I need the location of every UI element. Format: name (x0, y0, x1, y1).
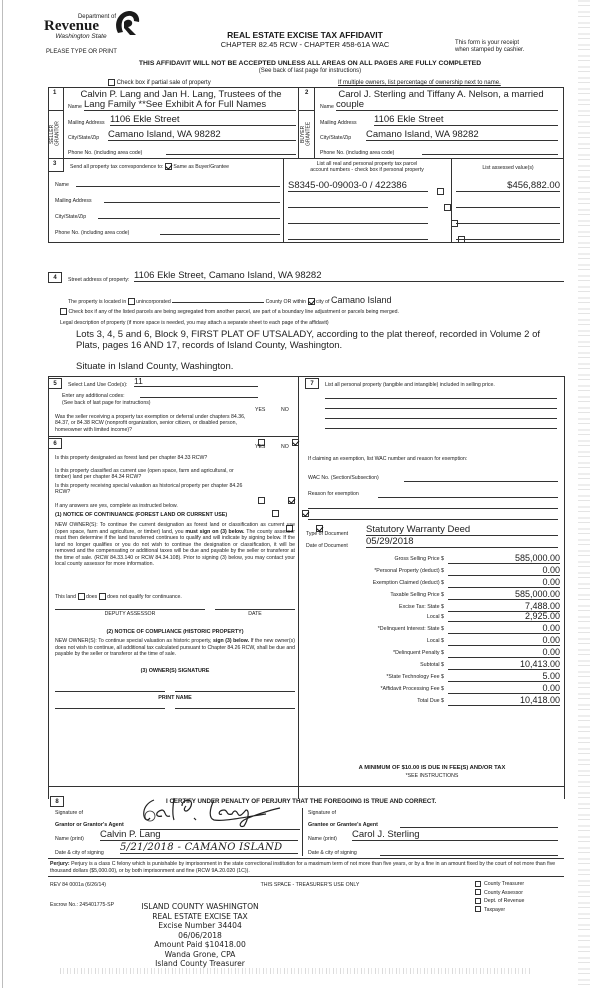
parcel-number-field[interactable] (288, 196, 428, 208)
escrow-number: 245401775-SP (79, 902, 114, 908)
parcel-number-field[interactable] (288, 212, 428, 224)
correspondence-mailing-label: Mailing Address (55, 198, 92, 204)
correspondence-phone-label: Phone No. (including area code) (55, 230, 129, 236)
land-use-code-field[interactable]: 11 (134, 376, 258, 387)
assessor-date-line[interactable] (215, 609, 295, 610)
parcel-header: List all real and personal property tax … (285, 161, 449, 173)
reason-field-3[interactable] (308, 519, 558, 520)
divider (48, 858, 564, 859)
section-6-no-checkbox[interactable] (288, 497, 295, 504)
grantor-date-field[interactable]: 5/21/2018 - CAMANO ISLAND (120, 842, 298, 854)
additional-codes-hint: (See back of last page for instructions) (62, 400, 151, 406)
copy-distribution-list: County TreasurerCounty AssessorDept. of … (475, 880, 524, 914)
tax-row-value[interactable]: 0.00 (448, 565, 560, 576)
copy-checkbox[interactable] (475, 906, 481, 912)
tax-row-label: *Delinquent Penalty $ (393, 650, 444, 656)
copy-item: County Assessor (475, 889, 524, 898)
assessed-value-field[interactable] (456, 228, 560, 240)
unincorporated-checkbox[interactable] (128, 298, 135, 305)
dor-logo: Department of Revenue Washington State (46, 14, 116, 40)
section-7-number: 7 (305, 378, 319, 389)
escrow-row: Escrow No.: 245401775-SP (50, 902, 114, 908)
divider (48, 786, 564, 787)
divider (48, 110, 64, 111)
seller-city-label: City/State/Zip (68, 135, 99, 141)
document-type-field[interactable]: Statutory Warranty Deed (366, 524, 558, 536)
legal-description-field[interactable]: Lots 3, 4, 5 and 6, Block 9, FIRST PLAT … (76, 329, 566, 372)
copy-checkbox[interactable] (475, 889, 481, 895)
tax-row: Taxable Selling Price $585,000.00 (300, 589, 562, 600)
assessed-value-field[interactable]: $456,882.00 (456, 180, 560, 192)
does-qualify-checkbox[interactable] (78, 593, 85, 600)
stamp-line: Excise Number 34404 (120, 921, 280, 931)
grantee-date-label: Date & city of signing (308, 850, 357, 856)
tax-row-value[interactable]: 5.00 (448, 671, 560, 682)
parcel-number-field[interactable]: S8345-00-09003-0 / 422386 (288, 180, 428, 192)
notice-compliance-text: NEW OWNER(S): To continue special valuat… (55, 638, 295, 658)
form-revision: REV 84 0001a (6/26/14) (50, 882, 106, 888)
divider (298, 376, 564, 377)
grantor-name-label: Name (print) (55, 836, 84, 842)
copy-item: Dept. of Revenue (475, 897, 524, 906)
tax-row-label: Exemption Claimed (deduct) $ (373, 580, 444, 586)
tax-row-label: Excise Tax: State $ (399, 604, 444, 610)
divider (48, 158, 564, 159)
personal-property-checkbox[interactable] (437, 188, 444, 195)
seller-city-field[interactable]: Camano Island, WA 98282 (108, 129, 296, 141)
city-checkbox[interactable] (308, 298, 315, 305)
form-subtitle: CHAPTER 82.45 RCW - CHAPTER 458-61A WAC (170, 40, 440, 49)
assessed-value-field[interactable] (456, 196, 560, 208)
stamp-line: 06/06/2018 (120, 931, 280, 941)
tax-row: *Delinquent Penalty $0.00 (300, 647, 562, 658)
grantor-date-label: Date & city of signing (55, 850, 104, 856)
buyer-mailing-field[interactable]: 1106 Ekle Street (374, 114, 558, 126)
grantor-signature-field[interactable] (140, 796, 300, 830)
copy-checkbox[interactable] (475, 881, 481, 887)
buyer-city-label: City/State/Zip (320, 135, 351, 141)
copy-label: County Assessor (484, 890, 523, 896)
tax-row: *Personal Property (deduct) $0.00 (300, 565, 562, 576)
assessor-date-label: DATE (215, 611, 295, 617)
section-6-number: 6 (48, 438, 62, 449)
seller-exemption-question: Was the seller receiving a property tax … (55, 414, 250, 433)
tax-row-value[interactable]: 2,925.00 (448, 611, 560, 622)
buyer-mailing-label: Mailing Address (320, 120, 357, 126)
land-use-code-label: Select Land Use Code(s): (68, 382, 127, 388)
personal-property-line-2[interactable] (325, 408, 557, 409)
grantee-name-field[interactable]: Carol J. Sterling (352, 829, 558, 841)
assessed-value-field[interactable] (456, 212, 560, 224)
deputy-assessor-line[interactable] (55, 609, 205, 610)
buyer-name-label: Name (320, 104, 334, 110)
tax-row: Total Due $10,418.00 (300, 695, 562, 706)
tax-row-label: *Affidavit Processing Fee $ (381, 686, 445, 692)
multiple-owners-note: If multiple owners, list percentage of o… (338, 80, 501, 86)
correspondence-mailing-field[interactable] (104, 196, 280, 203)
tax-row: Local $2,925.00 (300, 611, 562, 622)
copy-checkbox[interactable] (475, 898, 481, 904)
grantee-signature-field[interactable] (400, 820, 558, 828)
grantor-signature-label-2: Grantor or Grantor's Agent (55, 822, 124, 828)
property-street-field[interactable]: 1106 Ekle Street, Camano Island, WA 9828… (134, 270, 564, 282)
section-6-question: Is this property classified as current u… (55, 468, 250, 481)
tax-row-label: Local $ (427, 638, 444, 644)
treasurer-use-label: THIS SPACE - TREASURER'S USE ONLY (200, 882, 420, 888)
scan-noise (60, 968, 530, 974)
warning-text: THIS AFFIDAVIT WILL NOT BE ACCEPTED UNLE… (60, 60, 560, 67)
buyer-phone-label: Phone No. (including area code) (320, 150, 394, 156)
copy-label: Dept. of Revenue (484, 898, 524, 904)
section-6-question: Is this property designated as forest la… (55, 455, 250, 461)
section-5-number: 5 (48, 378, 62, 389)
receipt-note-1: This form is your receipt (455, 40, 519, 46)
personal-property-line-1[interactable] (325, 398, 557, 399)
owner-signature-line-2[interactable] (175, 691, 295, 692)
dor-logo-icon (112, 8, 142, 38)
tax-row-label: Subtotal $ (420, 662, 444, 668)
s6-yes-header: YES (255, 444, 265, 450)
buyer-name-line2[interactable]: couple (336, 99, 558, 111)
grantee-name-label: Name (print) (308, 836, 337, 842)
seller-mailing-field[interactable]: 1106 Ekle Street (110, 114, 296, 126)
section-2-number: 2 (305, 90, 308, 96)
parcel-number-field[interactable] (288, 228, 428, 240)
partial-sale-checkbox-row[interactable]: Check box if partial sale of property (108, 79, 211, 86)
copy-label: Taxpayer (484, 907, 505, 913)
logo-revenue-text: Revenue (44, 20, 116, 33)
grantee-date-field[interactable] (380, 848, 558, 856)
divider (299, 110, 315, 111)
exemption-label: If claiming an exemption, list WAC numbe… (308, 456, 467, 462)
partial-sale-checkbox[interactable] (108, 79, 115, 86)
correspondence-city-label: City/State/Zip (55, 214, 86, 220)
grantor-signature-icon (140, 796, 300, 830)
divider (48, 436, 298, 437)
wac-label: WAC No. (Section/Subsection) (308, 475, 379, 481)
tax-row-value[interactable]: 0.00 (448, 683, 560, 694)
buyer-phone-field[interactable] (422, 146, 558, 155)
wac-field[interactable] (404, 481, 558, 482)
tax-row-label: Taxable Selling Price $ (390, 592, 444, 598)
section-1-number: 1 (53, 90, 56, 96)
section-3-number: 3 (53, 161, 56, 167)
city-of-field[interactable]: Camano Island (331, 295, 392, 305)
seller-mailing-label: Mailing Address (68, 120, 105, 126)
divider (302, 808, 303, 856)
same-as-buyer-checkbox[interactable] (165, 163, 172, 170)
notice-compliance-title: (2) NOTICE OF COMPLIANCE (HISTORIC PROPE… (55, 629, 295, 635)
section-6-yes-checkbox[interactable] (258, 497, 265, 504)
tax-row-label: *State Technology Fee $ (386, 674, 444, 680)
divider (564, 376, 565, 799)
personal-property-line-4[interactable] (325, 428, 557, 429)
tax-row-value[interactable]: 585,000.00 (448, 589, 560, 600)
minimum-due-note: A MINIMUM OF $10.00 IS DUE IN FEE(S) AND… (300, 765, 564, 771)
section-6-yes-checkbox[interactable] (272, 510, 279, 517)
correspondence-phone-field[interactable] (160, 228, 280, 235)
street-label: Street address of property: (68, 277, 129, 283)
scan-edge-right (578, 0, 590, 988)
seller-grantor-label: SELLERGRANTOR (50, 113, 62, 155)
additional-codes-field[interactable] (140, 391, 258, 398)
correspondence-name-field[interactable] (76, 180, 280, 187)
segregated-row: Check box if any of the listed parcels a… (60, 308, 399, 315)
tax-row-value[interactable]: 10,418.00 (448, 695, 560, 706)
location-row: The property is located in unincorporate… (68, 295, 392, 305)
tax-row: Exemption Claimed (deduct) $0.00 (300, 577, 562, 588)
copy-label: County Treasurer (484, 881, 524, 887)
logo-state-text: Washington State (46, 33, 116, 40)
seller-exemption-no-checkbox[interactable] (292, 439, 299, 446)
buyer-city-field[interactable]: Camano Island, WA 98282 (366, 129, 558, 141)
tax-row-value[interactable]: 10,413.00 (448, 659, 560, 670)
tax-row-label: Local $ (427, 614, 444, 620)
divider (451, 159, 452, 243)
print-name-line-2[interactable] (175, 708, 295, 709)
tax-row: *Delinquent Interest: State $0.00 (300, 623, 562, 634)
personal-property-line-3[interactable] (325, 418, 557, 419)
tax-row-value[interactable]: 0.00 (448, 577, 560, 588)
affidavit-page: Department of Revenue Washington State P… (0, 0, 600, 988)
grantee-signature-label-1: Signature of (308, 810, 336, 816)
s6-no-header: NO (281, 444, 289, 450)
tax-row-value[interactable]: 585,000.00 (448, 553, 560, 564)
section-6-question: Is this property receiving special valua… (55, 483, 250, 496)
personal-property-label: List all personal property (tangible and… (325, 382, 495, 388)
form-title: REAL ESTATE EXCISE TAX AFFIDAVIT (170, 30, 440, 40)
grantor-name-field[interactable]: Calvin P. Lang (100, 829, 298, 841)
document-type-label: Type of Document (306, 531, 348, 537)
notice-continuance-text: NEW OWNER(S): To continue the current de… (55, 522, 295, 568)
seller-phone-label: Phone No. (including area code) (68, 150, 142, 156)
section-4-number: 4 (48, 272, 62, 283)
reason-field-2[interactable] (308, 508, 558, 509)
section-6-no-checkbox[interactable] (302, 510, 309, 517)
reason-field[interactable] (378, 497, 558, 498)
tax-row: *State Technology Fee $5.00 (300, 671, 562, 682)
tax-row-value[interactable]: 0.00 (448, 647, 560, 658)
grantee-signature-label-2: Grantee or Grantee's Agent (308, 822, 378, 828)
tax-row: Gross Selling Price $585,000.00 (300, 553, 562, 564)
tax-row-label: *Personal Property (deduct) $ (374, 568, 444, 574)
divider (283, 159, 284, 243)
seller-name-line2[interactable]: Lang Family **See Exhibit A for Full Nam… (84, 99, 296, 111)
perjury-notice: Perjury: Perjury is a class C felony whi… (50, 861, 566, 874)
reason-label: Reason for exemption (308, 491, 359, 497)
tax-row: *Affidavit Processing Fee $0.00 (300, 683, 562, 694)
if-yes-note: If any answers are yes, complete as inst… (55, 503, 178, 509)
stamp-line: REAL ESTATE EXCISE TAX (120, 912, 280, 922)
correspondence-row: Send all property tax correspondence to:… (70, 163, 229, 170)
copy-item: County Treasurer (475, 880, 524, 889)
owner-signature-line-1[interactable] (55, 691, 165, 692)
no-header: NO (281, 407, 289, 413)
tax-row-value[interactable]: 0.00 (448, 635, 560, 646)
print-name-label: PRINT NAME (55, 695, 295, 701)
additional-codes-label: Enter any additional codes: (62, 393, 125, 399)
treasurer-stamp: ISLAND COUNTY WASHINGTONREAL ESTATE EXCI… (120, 902, 280, 969)
seller-phone-field[interactable] (166, 146, 296, 155)
notice-continuance-title: (1) NOTICE OF CONTINUANCE (FOREST LAND O… (55, 512, 227, 518)
tax-row: Subtotal $10,413.00 (300, 659, 562, 670)
stamp-line: Wanda Grone, CPA (120, 950, 280, 960)
seller-name-label: Name (68, 104, 82, 110)
please-type-text: PLEASE TYPE OR PRINT (46, 49, 117, 55)
yes-header: YES (255, 407, 265, 413)
section-8-number: 8 (50, 796, 64, 807)
deputy-assessor-label: DEPUTY ASSESSOR (55, 611, 205, 617)
tax-row-value[interactable]: 0.00 (448, 623, 560, 634)
does-not-qualify-checkbox[interactable] (99, 593, 106, 600)
divider (48, 876, 564, 877)
tax-row-label: Total Due $ (417, 698, 444, 704)
continuance-qualify-row: This land does does not qualify for cont… (55, 593, 182, 600)
stamp-line: ISLAND COUNTY WASHINGTON (120, 902, 280, 912)
tax-row: Local $0.00 (300, 635, 562, 646)
personal-property-checkbox[interactable] (444, 204, 451, 211)
legal-description-label: Legal description of property (if more s… (60, 320, 329, 326)
correspondence-name-label: Name (55, 182, 69, 188)
see-instructions-note: *SEE INSTRUCTIONS (300, 773, 564, 779)
segregated-checkbox[interactable] (60, 308, 67, 315)
instructions-note: (See back of last page for instructions) (60, 68, 560, 74)
stamp-line: Amount Paid $10418.00 (120, 940, 280, 950)
document-date-field[interactable]: 05/29/2018 (366, 536, 558, 548)
tax-row-label: *Delinquent Interest: State $ (378, 626, 444, 632)
receipt-note-2: when stamped by cashier. (455, 47, 524, 53)
grantor-signature-label-1: Signature of (55, 810, 83, 816)
document-date-label: Date of Document (306, 543, 348, 549)
assessed-header: List assessed value(s) (452, 165, 564, 171)
copy-item: Taxpayer (475, 906, 524, 915)
correspondence-city-field[interactable] (98, 212, 280, 219)
tax-row-label: Gross Selling Price $ (395, 556, 444, 562)
buyer-grantee-label: BUYERGRANTEE (301, 113, 313, 155)
print-name-line-1[interactable] (55, 708, 165, 709)
scan-edge-left (2, 0, 3, 988)
owner-signature-title: (3) OWNER(S) SIGNATURE (55, 668, 295, 674)
